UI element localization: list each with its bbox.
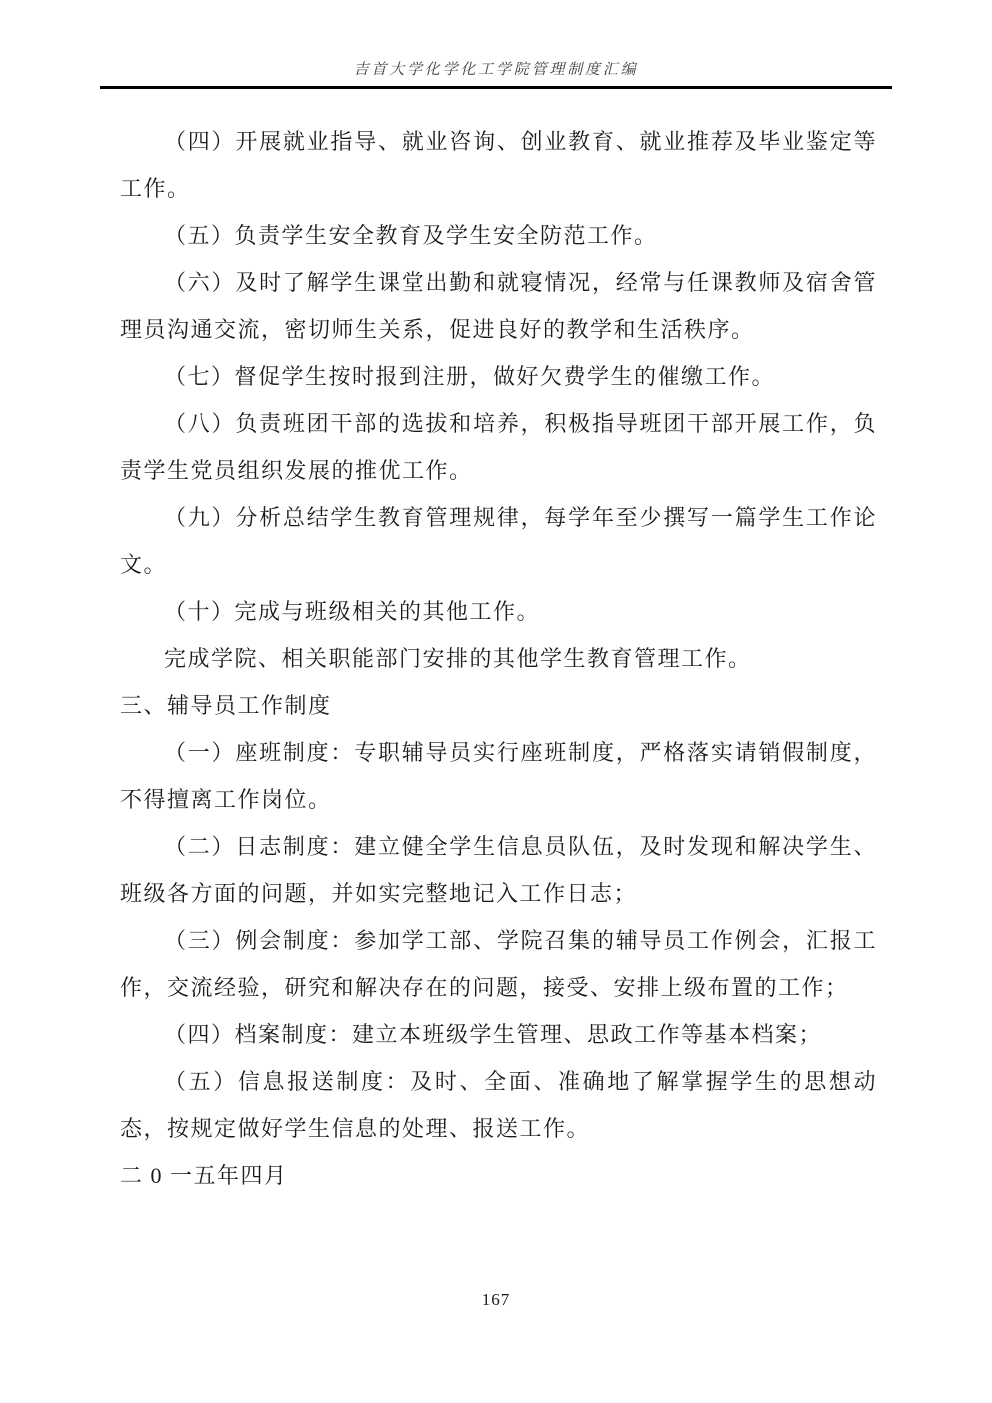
document-paragraph: （四）开展就业指导、就业咨询、创业教育、就业推荐及毕业鉴定等工作。	[120, 118, 877, 212]
section-heading: 三、辅导员工作制度	[120, 682, 877, 729]
document-paragraph: （四）档案制度：建立本班级学生管理、思政工作等基本档案；	[120, 1011, 877, 1058]
page-footer: 167	[0, 1290, 992, 1310]
document-paragraph: （八）负责班团干部的选拔和培养，积极指导班团干部开展工作，负责学生党员组织发展的…	[120, 400, 877, 494]
page-number: 167	[482, 1290, 511, 1309]
document-paragraph: （二）日志制度：建立健全学生信息员队伍，及时发现和解决学生、班级各方面的问题，并…	[120, 823, 877, 917]
header-title: 吉首大学化学化工学院管理制度汇编	[354, 62, 639, 78]
document-paragraph: （七）督促学生按时报到注册，做好欠费学生的催缴工作。	[120, 353, 877, 400]
document-paragraph: （一）座班制度：专职辅导员实行座班制度，严格落实请销假制度，不得擅离工作岗位。	[120, 729, 877, 823]
document-page: 吉首大学化学化工学院管理制度汇编 （四）开展就业指导、就业咨询、创业教育、就业推…	[0, 0, 992, 1403]
document-paragraph: （六）及时了解学生课堂出勤和就寝情况，经常与任课教师及宿舍管理员沟通交流，密切师…	[120, 259, 877, 353]
document-paragraph: （五）信息报送制度：及时、全面、准确地了解掌握学生的思想动态，按规定做好学生信息…	[120, 1058, 877, 1152]
document-paragraph: （九）分析总结学生教育管理规律，每学年至少撰写一篇学生工作论文。	[120, 494, 877, 588]
document-paragraph: （三）例会制度：参加学工部、学院召集的辅导员工作例会，汇报工作，交流经验，研究和…	[120, 917, 877, 1011]
document-paragraph: （五）负责学生安全教育及学生安全防范工作。	[120, 212, 877, 259]
page-header: 吉首大学化学化工学院管理制度汇编	[100, 0, 892, 89]
document-paragraph: （十）完成与班级相关的其他工作。	[120, 588, 877, 635]
document-body: （四）开展就业指导、就业咨询、创业教育、就业推荐及毕业鉴定等工作。 （五）负责学…	[0, 89, 992, 1199]
date-line: 二 0 一五年四月	[120, 1152, 877, 1199]
document-paragraph: 完成学院、相关职能部门安排的其他学生教育管理工作。	[120, 635, 877, 682]
